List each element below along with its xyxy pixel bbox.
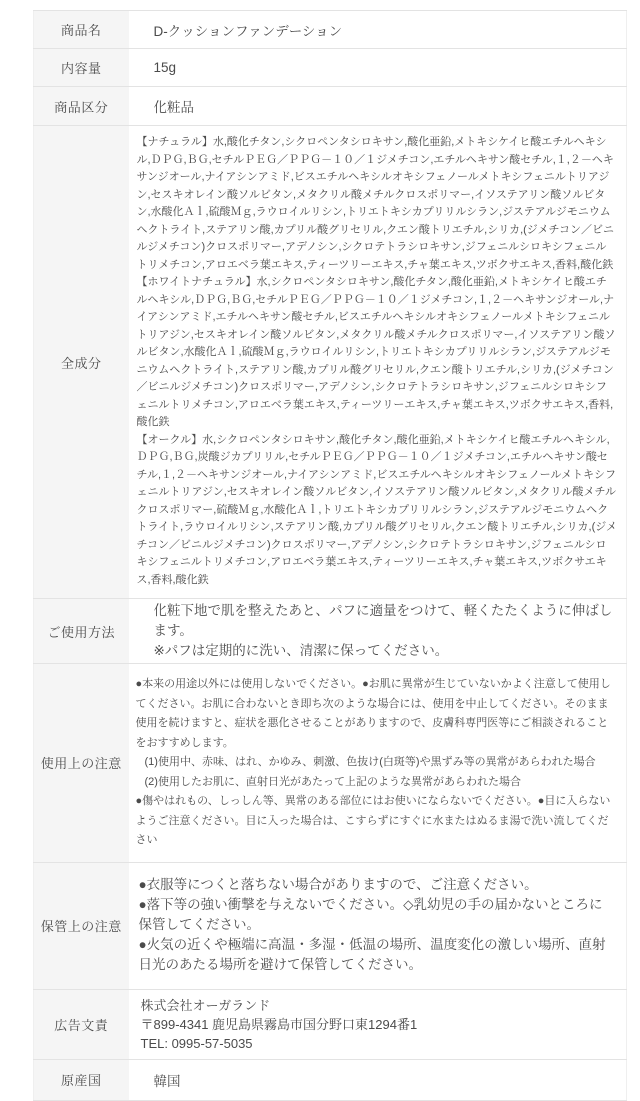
table-row-volume: 内容量 15g [34,49,627,87]
ingredients-ocher: 【オークル】水,シクロペンタシロキサン,酸化チタン,酸化亜鉛,メトキシケイヒ酸エ… [137,432,618,590]
table-row-storage: 保管上の注意 ●衣服等につくと落ちない場合がありますので、ご注意ください。 ●落… [34,862,627,928]
table-row-precautions: 使用上の注意 ●本来の用途以外には使用しないでください。●お肌に異常が生じていな… [34,664,627,863]
usage-value: 化粧下地で肌を整えたあと、パフに適量をつけて、軽くたたくように伸ばします。 ※パ… [129,599,627,664]
precautions-case-2: (2)使用したお肌に、直射日光があたって上記のような異常があらわれた場合 [136,773,619,793]
row-label-precautions: 使用上の注意 [34,664,129,863]
precautions-outro: ●傷やはれもの、しっしん等、異常のある部位にはお使いにならないでください。●目に… [136,792,619,851]
storage-line-2: ●落下等の強い衝撃を与えないでください。◇乳幼児の手の届かないところに保管してく… [139,895,615,929]
ingredients-natural: 【ナチュラル】水,酸化チタン,シクロペンタシロキサン,酸化亜鉛,メトキシケイヒ酸… [137,134,618,274]
ingredients-white-natural: 【ホワイトナチュラル】水,シクロペンタシロキサン,酸化チタン,酸化亜鉛,メトキシ… [137,274,618,432]
category-value: 化粧品 [129,87,627,126]
row-label-ingredients: 全成分 [34,126,129,599]
precautions-value: ●本来の用途以外には使用しないでください。●お肌に異常が生じていないかよく注意し… [129,664,627,863]
usage-line: 化粧下地で肌を整えたあと、パフに適量をつけて、軽くたたくように伸ばします。 [154,601,617,641]
precautions-case-1: (1)使用中、赤味、はれ、かゆみ、刺激、色抜け(白斑等)や黒ずみ等の異常があらわ… [136,753,619,773]
product-name-value: D-クッションファンデーション [129,11,627,49]
table-row-usage: ご使用方法 化粧下地で肌を整えたあと、パフに適量をつけて、軽くたたくように伸ばし… [34,599,627,664]
storage-line-1: ●衣服等につくと落ちない場合がありますので、ご注意ください。 [139,875,615,895]
table-row-category: 商品区分 化粧品 [34,87,627,126]
row-label-volume: 内容量 [34,49,129,87]
row-label-category: 商品区分 [34,87,129,126]
precautions-intro: ●本来の用途以外には使用しないでください。●お肌に異常が生じていないかよく注意し… [136,675,619,753]
table-row-ingredients: 全成分 【ナチュラル】水,酸化チタン,シクロペンタシロキサン,酸化亜鉛,メトキシ… [34,126,627,599]
storage-value: ●衣服等につくと落ちない場合がありますので、ご注意ください。 ●落下等の強い衝撃… [129,862,627,928]
usage-note: ※パフは定期的に洗い、清潔に保ってください。 [154,641,617,661]
ingredients-value: 【ナチュラル】水,酸化チタン,シクロペンタシロキサン,酸化亜鉛,メトキシケイヒ酸… [129,126,627,599]
table-row-product-name: 商品名 D-クッションファンデーション [34,11,627,49]
row-label-usage: ご使用方法 [34,599,129,664]
volume-value: 15g [129,49,627,87]
product-spec-table: 商品名 D-クッションファンデーション 内容量 15g 商品区分 化粧品 全成分… [33,10,627,928]
row-label-storage: 保管上の注意 [34,862,129,928]
row-label-product-name: 商品名 [34,11,129,49]
